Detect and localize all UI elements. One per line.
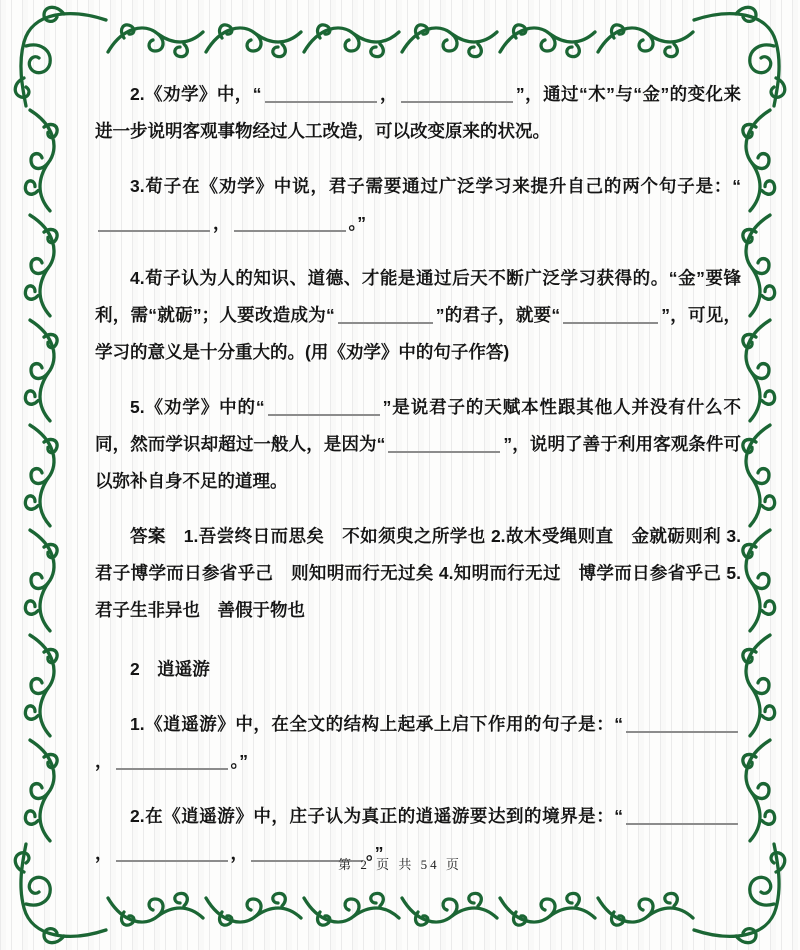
fill-in-blank-line xyxy=(338,304,433,324)
fill-in-blank-line xyxy=(401,83,513,103)
fill-in-blank-line xyxy=(563,304,658,324)
question-4-quanxue: 4.荀子认为人的知识、道德、才能是通过后天不断广泛学习获得的。“金”要锋利，需“… xyxy=(95,260,741,371)
fill-in-blank-line xyxy=(265,83,377,103)
worksheet-page: 2.《劝学》中，“，”，通过“木”与“金”的变化来进一步说明客观事物经过人工改造… xyxy=(0,0,800,950)
fill-in-blank-line xyxy=(98,212,210,232)
fill-in-blank-line xyxy=(626,713,738,733)
question-2-quanxue: 2.《劝学》中，“，”，通过“木”与“金”的变化来进一步说明客观事物经过人工改造… xyxy=(95,76,741,150)
fill-in-blank-line xyxy=(234,212,346,232)
fill-in-blank-line xyxy=(116,750,228,770)
page-footer: 第 2 页 共 54 页 xyxy=(0,854,800,873)
document-body: 2.《劝学》中，“，”，通过“木”与“金”的变化来进一步说明客观事物经过人工改造… xyxy=(95,76,741,872)
fill-in-blank-line xyxy=(626,805,738,825)
question-5-quanxue: 5.《劝学》中的“”是说君子的天赋本性跟其他人并没有什么不同，然而学识却超过一般… xyxy=(95,389,741,500)
answers-paragraph: 答案 1.吾尝终日而思矣 不如须臾之所学也 2.故木受绳则直 金就砺则利 3.君… xyxy=(95,518,741,629)
fill-in-blank-line xyxy=(268,396,380,416)
question-3-quanxue: 3.荀子在《劝学》中说，君子需要通过广泛学习来提升自己的两个句子是：“，。” xyxy=(95,168,741,242)
section-heading-xiaoyaoyou: 2 逍遥游 xyxy=(95,651,741,688)
fill-in-blank-line xyxy=(388,433,500,453)
question-1-xiaoyaoyou: 1.《逍遥游》中，在全文的结构上起承上启下作用的句子是：“，。” xyxy=(95,706,741,780)
